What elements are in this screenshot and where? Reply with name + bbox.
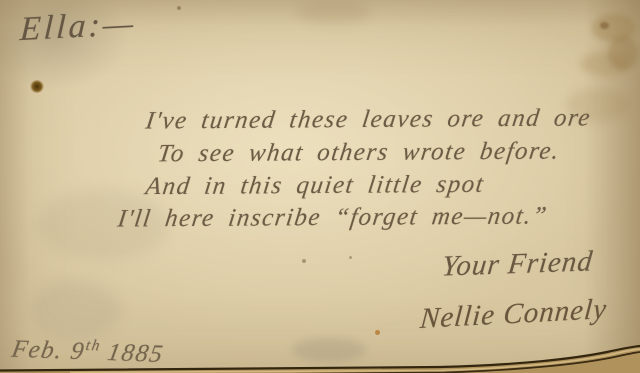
date-year: 1885 [98,339,166,368]
salutation-text: Ella:— [19,5,137,49]
date-prefix: Feb. 9 [10,336,88,365]
closing-text: Your Friend [440,245,594,283]
poem-line-4: I'll here inscribe “forget me—not.” [116,203,549,234]
autograph-album-page-photo: Ella:— I've turned these leaves ore and … [0,0,640,373]
poem-line-1: I've turned these leaves ore and ore [144,104,593,135]
date-text: Feb. 9th 1885 [9,334,166,368]
poem-line-3: And in this quiet little spot [144,171,486,201]
poem-line-2: To see what others wrote before. [156,138,562,169]
